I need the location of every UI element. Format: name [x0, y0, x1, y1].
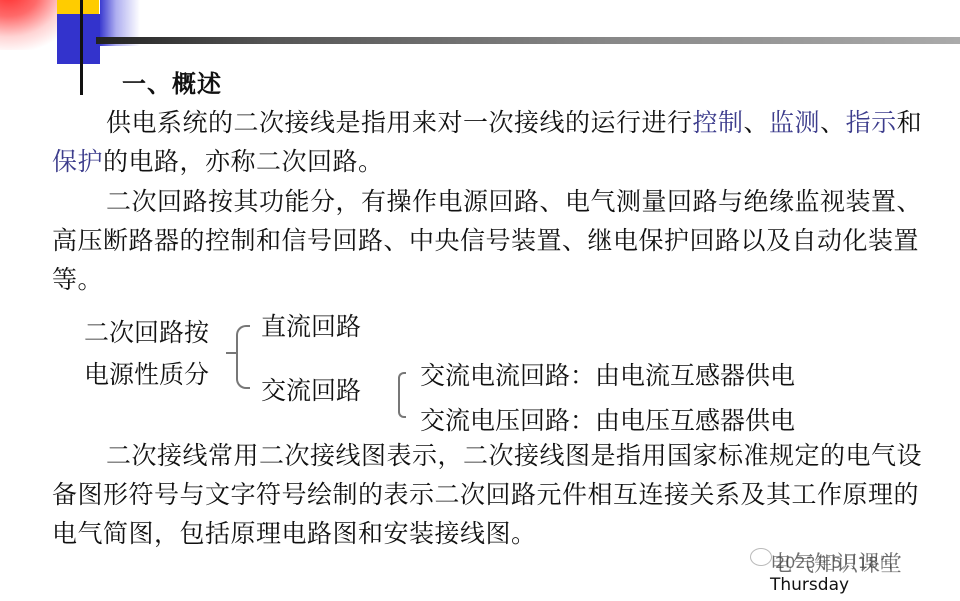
paragraph-function-classification: 二次回路按其功能分，有操作电源回路、电气测量回路与绝缘监视装置、高压断路器的控制…	[52, 182, 932, 299]
keyword-indicate: 指示	[846, 108, 897, 137]
decoration-horizontal-rule	[96, 37, 960, 44]
slide-title: 一、概述	[122, 64, 222, 99]
text: 二次接线常用二次接线图表示，二次接线图是指用国家标准规定的电气设备图形符号与文字…	[52, 441, 922, 548]
text: 、	[820, 108, 846, 137]
brace-main-tip	[226, 352, 236, 354]
text: 二次回路按其功能分，有操作电源回路、电气测量回路与绝缘监视装置、高压断路器的控制…	[52, 187, 922, 294]
watermark: 电气知识课堂	[770, 547, 902, 578]
decoration-vertical-line	[80, 0, 83, 95]
tree-root-line1: 二次回路按	[84, 318, 209, 348]
keyword-control: 控制	[693, 108, 744, 137]
brace-main-top	[236, 325, 250, 355]
text: 供电系统的二次接线是指用来对一次接线的运行进行	[106, 108, 693, 137]
decoration-yellow-block	[57, 0, 99, 14]
text: 和	[897, 108, 923, 137]
paragraph-definition: 供电系统的二次接线是指用来对一次接线的运行进行控制、监测、指示和保护的电路，亦称…	[52, 103, 932, 181]
tree-ac-current: 交流电流回路：由电流互感器供电	[420, 361, 795, 391]
text: 、	[744, 108, 770, 137]
tree-root-line2: 电源性质分	[84, 360, 209, 390]
keyword-protect: 保护	[52, 147, 103, 176]
keyword-monitor: 监测	[769, 108, 820, 137]
tree-ac-voltage: 交流电压回路：由电压互感器供电	[420, 406, 795, 436]
brace-main-bottom	[236, 355, 250, 389]
weekday-stamp: Thursday	[770, 575, 849, 595]
wechat-icon	[750, 548, 772, 566]
tree-branch-ac: 交流回路	[261, 376, 361, 406]
brace-ac-top	[398, 372, 406, 396]
text: 的电路，亦称二次回路。	[103, 147, 384, 176]
brace-ac-bottom	[398, 396, 406, 418]
decoration-blue-block	[57, 14, 100, 64]
tree-branch-dc: 直流回路	[261, 312, 361, 342]
paragraph-wiring-diagram: 二次接线常用二次接线图表示，二次接线图是指用国家标准规定的电气设备图形符号与文字…	[52, 436, 932, 553]
